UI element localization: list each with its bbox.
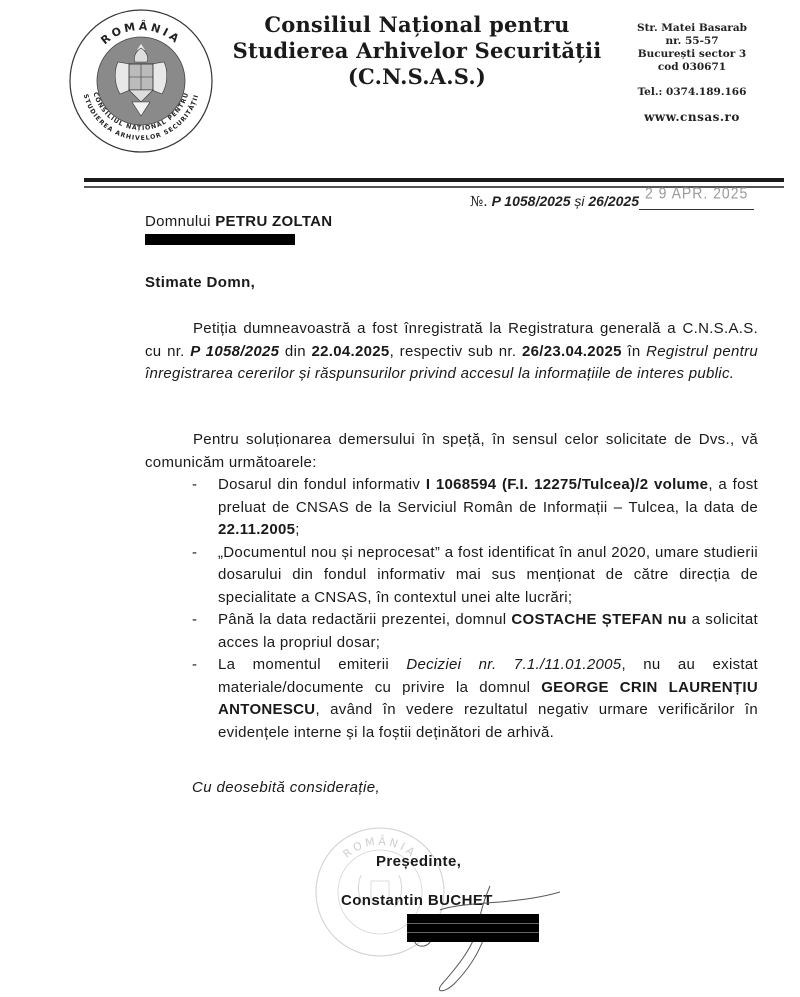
list-item: - „Documentul nou și neprocesat” a fost …: [192, 542, 758, 610]
institution-name-line2: Studierea Arhivelor Securității: [222, 38, 612, 64]
list-item: - La momentul emiterii Deciziei nr. 7.1.…: [192, 654, 758, 744]
paragraph-registration: Petiția dumneavoastră a fost înregistrat…: [145, 318, 758, 386]
institution-name-line1: Consiliul Național pentru: [222, 12, 612, 38]
institution-website: www.cnsas.ro: [612, 111, 772, 124]
institution-address: Str. Matei Basarab nr. 55-57 București s…: [612, 22, 772, 124]
decision-reference: Deciziei nr. 7.1./11.01.2005: [406, 656, 621, 673]
address-postal-code: cod 030671: [612, 61, 772, 74]
petition-date: 22.04.2025: [311, 343, 389, 360]
list-marker: -: [192, 542, 197, 565]
redacted-address-bar: [145, 234, 295, 245]
list-item: - Dosarul din fondul informativ I 106859…: [192, 474, 758, 542]
address-number: nr. 55-57: [612, 35, 772, 48]
addressee: Domnului PETRU ZOLTAN: [145, 213, 332, 230]
registration-date-line: 2 9 APR. 2025: [639, 195, 754, 210]
cnsas-seal-logo: ROMÂNIA CONSILIUL NAȚIONAL PENTRU STUDIE…: [68, 8, 214, 154]
register-number: 26/23.04.2025: [522, 343, 622, 360]
registration-number-1: P 1058/2025: [492, 193, 571, 209]
transfer-date: 22.11.2005: [218, 521, 295, 538]
greeting: Stimate Domn,: [145, 274, 255, 291]
numero-sign: №.: [470, 194, 488, 210]
registration-number-2: 26/2025: [588, 193, 639, 209]
header-divider-thick: [84, 178, 784, 182]
list-marker: -: [192, 609, 197, 632]
addressee-prefix: Domnului: [145, 213, 211, 230]
redacted-signature-bar: [407, 914, 539, 942]
signatory-title: Președinte,: [376, 853, 461, 870]
institution-title: Consiliul Național pentru Studierea Arhi…: [222, 12, 612, 90]
registration-number: №. P 1058/2025 și 26/20252 9 APR. 2025: [470, 193, 754, 210]
findings-list: - Dosarul din fondul informativ I 106859…: [192, 474, 758, 744]
addressee-name: PETRU ZOLTAN: [215, 213, 332, 230]
closing-formula: Cu deosebită considerație,: [192, 779, 380, 796]
list-item: - Până la data redactării prezentei, dom…: [192, 609, 758, 654]
paragraph-intro: Pentru soluționarea demersului în speță,…: [145, 429, 758, 474]
registration-date-stamp: 2 9 APR. 2025: [645, 184, 748, 202]
list-marker: -: [192, 474, 197, 497]
address-city: București sector 3: [612, 48, 772, 61]
address-street: Str. Matei Basarab: [612, 22, 772, 35]
person-name: COSTACHE ȘTEFAN nu: [511, 611, 686, 628]
registration-conjunction: și: [574, 193, 584, 209]
institution-acronym: (C.N.S.A.S.): [222, 64, 612, 90]
file-reference: I 1068594 (F.I. 12275/Tulcea)/2 volume: [426, 476, 709, 493]
list-marker: -: [192, 654, 197, 677]
address-phone: Tel.: 0374.189.166: [612, 86, 772, 99]
petition-number: P 1058/2025: [190, 343, 279, 360]
